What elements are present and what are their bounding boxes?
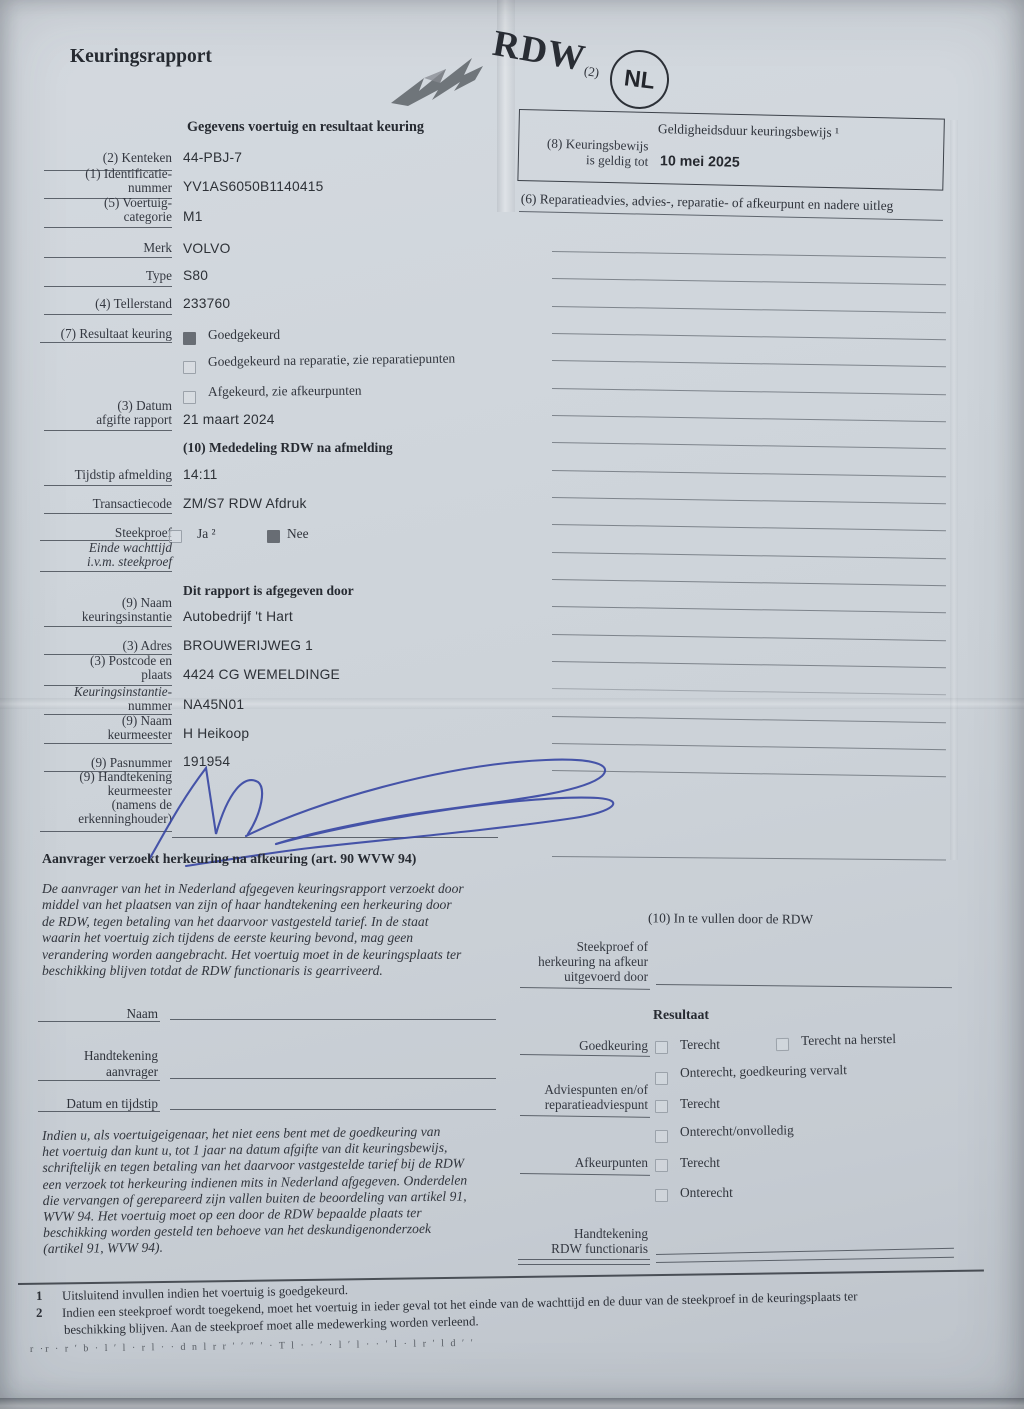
repair-section-title: (6) Reparatieadvies, advies-, reparatie-… xyxy=(521,191,894,214)
label-handtekening-rdw-2: RDW functionaris xyxy=(551,1242,648,1256)
blank-write-line xyxy=(552,442,946,449)
field-underline xyxy=(518,1259,650,1260)
paragraph-line: waarin het voertuig zich tijdens de eers… xyxy=(42,930,464,946)
field-underline xyxy=(44,227,172,228)
field-label-resultaat-keuring: (7) Resultaat keuring xyxy=(61,327,172,341)
footnote-1-number: 1 xyxy=(36,1289,43,1304)
option-steekproef-nee: Nee xyxy=(287,526,309,542)
field-label-adres: (3) Adres xyxy=(123,639,172,653)
field-label-type: Type xyxy=(146,269,172,283)
country-ref-number: (2) xyxy=(583,63,600,81)
field-label-keurmeester-1: (9) Naam xyxy=(122,714,172,728)
checkbox-goedkeuring-terecht xyxy=(655,1041,668,1054)
field-underline xyxy=(38,1021,160,1022)
photo-bottom-edge xyxy=(0,1398,1024,1409)
blank-write-line xyxy=(552,606,946,613)
field-label-handtekening-aanvrager-2: aanvrager xyxy=(106,1064,158,1080)
field-label-postcode-2: plaats xyxy=(141,668,172,682)
blank-write-line xyxy=(552,415,946,422)
field-label-categorie-1: (5) Voertuig- xyxy=(104,196,172,210)
field-value-categorie: M1 xyxy=(183,209,203,224)
checkbox-steekproef-nee xyxy=(267,530,280,543)
field-value-datum: 21 maart 2024 xyxy=(183,412,275,427)
field-value-type: S80 xyxy=(183,268,208,283)
field-label-postcode-1: (3) Postcode en xyxy=(90,654,172,668)
blank-write-line xyxy=(552,360,946,367)
field-underline xyxy=(38,1080,160,1081)
rdw-signature-line xyxy=(656,1257,954,1263)
section-title: Gegevens voertuig en resultaat keuring xyxy=(187,119,424,136)
blank-write-line xyxy=(552,716,946,723)
option-goedgekeurd-na-reparatie: Goedgekeurd na reparatie, zie reparatiep… xyxy=(208,351,455,370)
field-label-naam-instantie-1: (9) Naam xyxy=(122,596,172,610)
field-underline xyxy=(44,485,172,486)
field-value-tijdstip: 14:11 xyxy=(183,467,218,482)
option-afkeurpunten-terecht: Terecht xyxy=(680,1155,720,1171)
blank-write-line xyxy=(552,579,946,586)
field-underline xyxy=(520,987,650,990)
label-afkeurpunten: Afkeurpunten xyxy=(575,1156,648,1170)
field-underline xyxy=(38,1111,160,1112)
blank-write-line xyxy=(552,688,946,695)
naam-write-line xyxy=(170,1019,496,1020)
uitgevoerd-write-line xyxy=(656,984,952,988)
blank-write-line xyxy=(552,661,946,668)
blank-write-line xyxy=(552,524,946,531)
field-value-identificatie: YV1AS6050B1140415 xyxy=(183,179,323,194)
field-label-identificatie-2: nummer xyxy=(128,181,172,195)
datum-write-line xyxy=(170,1109,496,1110)
field-underline xyxy=(44,286,172,287)
paragraph-line: middel van het plaatsen van zijn of haar… xyxy=(42,897,464,913)
blank-write-line xyxy=(552,278,946,285)
field-label-merk: Merk xyxy=(143,241,172,255)
field-value-kenteken: 44-PBJ-7 xyxy=(183,150,242,165)
option-goedkeuring-terecht: Terecht xyxy=(680,1037,720,1053)
checkbox-onterecht-vervalt xyxy=(655,1072,668,1085)
validity-date-value: 10 mei 2025 xyxy=(660,153,740,171)
option-afgekeurd: Afgekeurd, zie afkeurpunten xyxy=(208,383,362,400)
herkeuring-paragraph-1: De aanvrager van het in Nederland afgege… xyxy=(42,881,464,979)
field-value-instantienummer: NA45N01 xyxy=(183,697,244,712)
field-underline xyxy=(44,257,172,258)
option-onterecht-vervalt: Onterecht, goedkeuring vervalt xyxy=(680,1062,847,1081)
field-label-categorie-2: categorie xyxy=(124,210,172,224)
resultaat-title: Resultaat xyxy=(653,1007,709,1023)
field-label-einde-wachttijd: Einde wachttijd xyxy=(89,541,172,555)
option-goedgekeurd: Goedgekeurd xyxy=(208,327,280,343)
validity-label-line2: is geldig tot xyxy=(586,153,649,169)
footnote-2-number: 2 xyxy=(36,1306,43,1321)
blank-write-line xyxy=(552,306,946,313)
label-uitgevoerd-3: uitgevoerd door xyxy=(564,970,648,984)
footer-divider xyxy=(18,1270,984,1285)
field-label-instantienummer-2: nummer xyxy=(128,699,172,713)
field-label-instantienummer-1: Keuringsinstantie- xyxy=(74,685,172,699)
paragraph-line: de RDW, tegen betaling van het daarvoor … xyxy=(42,914,464,930)
checkbox-onterecht-onvolledig xyxy=(655,1130,668,1143)
field-underline xyxy=(44,513,172,514)
checkbox-afgekeurd xyxy=(183,391,196,404)
checkbox-terecht-na-herstel xyxy=(776,1038,789,1051)
field-value-merk: VOLVO xyxy=(183,241,231,256)
checkbox-adviespunten-terecht xyxy=(655,1100,668,1113)
page-title: Keuringsrapport xyxy=(70,46,212,68)
fold-crease-right xyxy=(950,120,958,860)
field-value-postcode: 4424 CG WEMELDINGE xyxy=(183,667,340,682)
nl-country-code: NL xyxy=(623,64,657,95)
paragraph-line: De aanvrager van het in Nederland afgege… xyxy=(42,881,464,897)
blank-write-line xyxy=(552,634,946,641)
field-underline xyxy=(40,571,172,572)
field-underline xyxy=(520,1115,650,1118)
field-underline xyxy=(44,430,172,431)
label-uitgevoerd-2: herkeuring na afkeur xyxy=(538,955,648,969)
scanned-inspection-report: Keuringsrapport RDW (2) NL Gegevens voer… xyxy=(0,0,1024,1409)
label-handtekening-rdw-1: Handtekening xyxy=(574,1227,648,1241)
rdw-signature-line xyxy=(656,1248,954,1255)
label-adviespunten-1: Adviespunten en/of xyxy=(544,1083,648,1097)
field-label-kenteken: (2) Kenteken xyxy=(103,151,172,165)
field-value-adres: BROUWERIJWEG 1 xyxy=(183,638,313,653)
paragraph-line: verandering worden aangebracht. Het voer… xyxy=(42,947,464,963)
field-label-identificatie-1: (1) Identificatie- xyxy=(85,167,172,181)
rdw-wordmark: RDW xyxy=(490,22,590,81)
blank-write-line xyxy=(552,552,946,559)
field-label-datum-tijdstip: Datum en tijdstip xyxy=(66,1096,158,1112)
field-underline xyxy=(44,626,172,627)
field-label-naam-aanvrager: Naam xyxy=(127,1006,159,1022)
field-underline xyxy=(520,1054,650,1057)
blank-write-line xyxy=(552,470,946,477)
field-label-datum-2: afgifte rapport xyxy=(96,413,172,427)
field-label-datum-1: (3) Datum xyxy=(117,399,172,413)
herkeuring-paragraph-2: Indien u, als voertuigeigenaar, het niet… xyxy=(42,1124,468,1258)
field-label-naam-instantie-2: keuringsinstantie xyxy=(82,610,172,624)
field-label-handtekening-aanvrager-1: Handtekening xyxy=(84,1048,158,1064)
rdw-vak-title: (10) In te vullen door de RDW xyxy=(648,910,813,927)
handtekening-write-line xyxy=(170,1078,496,1079)
field-label-tellerstand: (4) Tellerstand xyxy=(95,297,172,311)
option-afkeurpunten-onterecht: Onterecht xyxy=(680,1185,733,1201)
field-underline xyxy=(518,1264,650,1265)
rdw-flag-logo-icon xyxy=(388,48,488,115)
checkbox-goedgekeurd-na-reparatie xyxy=(183,361,196,374)
heading-mededeling-rdw: (10) Mededeling RDW na afmelding xyxy=(183,440,393,456)
field-value-transactiecode: ZM/S7 RDW Afdruk xyxy=(183,496,307,511)
field-label-tijdstip: Tijdstip afmelding xyxy=(75,468,172,482)
checkbox-afkeurpunten-terecht xyxy=(655,1159,668,1172)
checkbox-afkeurpunten-onterecht xyxy=(655,1189,668,1202)
blank-write-line xyxy=(552,388,946,395)
checkbox-goedgekeurd xyxy=(183,332,196,345)
nl-country-badge: NL xyxy=(607,47,673,113)
label-goedkeuring: Goedkeuring xyxy=(579,1039,648,1053)
blank-write-line xyxy=(552,251,946,258)
paragraph-line: beschikking blijven totdat de RDW functi… xyxy=(42,963,464,979)
field-label-steekproef: Steekproef xyxy=(115,526,172,540)
field-label-transactiecode: Transactiecode xyxy=(93,497,172,511)
option-onterecht-onvolledig: Onterecht/onvolledig xyxy=(680,1122,794,1140)
label-adviespunten-2: reparatieadviespunt xyxy=(545,1098,648,1112)
option-adviespunten-terecht: Terecht xyxy=(680,1096,720,1112)
field-underline xyxy=(40,342,172,343)
herkeuring-title: Aanvrager verzoekt herkeuring na afkeuri… xyxy=(42,851,416,867)
field-value-tellerstand: 233760 xyxy=(183,296,230,311)
option-steekproef-ja: Ja ² xyxy=(197,526,216,542)
field-value-naam-instantie: Autobedrijf 't Hart xyxy=(183,609,293,624)
heading-afgegeven-door: Dit rapport is afgegeven door xyxy=(183,583,354,599)
field-label-ivm-steekproef: i.v.m. steekproef xyxy=(87,555,172,569)
field-underline xyxy=(520,1173,650,1176)
field-underline xyxy=(44,314,172,315)
option-terecht-na-herstel: Terecht na herstel xyxy=(801,1031,896,1049)
label-uitgevoerd-1: Steekproef of xyxy=(577,940,648,954)
validity-label-line1: (8) Keuringsbewijs xyxy=(546,137,648,154)
blank-write-line xyxy=(552,333,946,340)
paragraph-line: (artikel 91, WVW 94). xyxy=(43,1237,468,1258)
blank-write-line xyxy=(552,497,946,504)
